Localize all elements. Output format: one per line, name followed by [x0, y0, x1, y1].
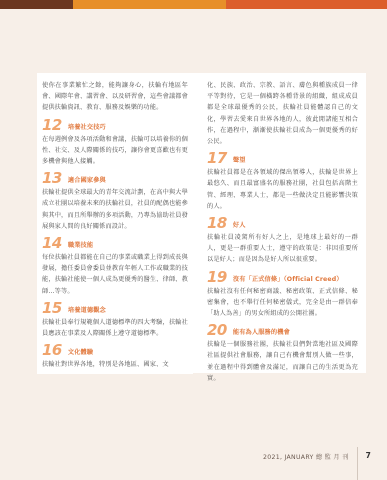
- section-body: 扶輪社沒有任何秘密商議、秘密政策、正式信條、秘密集會，也不舉行任何秘密儀式，完全…: [207, 286, 358, 320]
- color-segment-brown: [0, 0, 73, 9]
- section-number: 19: [207, 270, 227, 285]
- section-title: 職業技能: [68, 241, 93, 251]
- section-number: 14: [42, 236, 62, 251]
- section-body: 扶輪是一個服務社團，扶輪社員們對當地社區及國際社區提供社會服務，讓自己有機會幫別…: [207, 339, 358, 384]
- section-body: 扶輪社對世界各地，特別是各地區、國家、文: [42, 359, 188, 370]
- section-body: 在每週例會及各項活動和會議，扶輪可以培養你的個性、社交、及人際關係的技巧，讓你會…: [42, 134, 188, 168]
- section-body: 扶輪社員都是在各領域的傑出領導人，扶輪是世界上最悠久、而且最富盛名的服務社團，社…: [207, 167, 358, 212]
- issue-label: 2021, JANUARY 總 監 月 刊: [263, 452, 349, 461]
- section-heading-19: 19 沒有「正式信條」（Official Creed）: [207, 268, 358, 285]
- color-segment-red-orange: [226, 0, 387, 9]
- footer-divider: [357, 447, 358, 480]
- color-segment-orange: [73, 0, 226, 9]
- section-title: 適合國家參與: [68, 176, 106, 186]
- section-body: 扶輪社提供全球最大的青年交流計劃，在高中與大學成立社團以培養未來的扶輪社員，社員…: [42, 187, 188, 232]
- section-body: 每位扶輪社員都能在自己的事業或職業上得到成長與發展，擔任委員會委員並教育年輕人工…: [42, 252, 188, 297]
- section-number: 17: [207, 151, 227, 166]
- page-number: 7: [366, 451, 371, 460]
- section-number: 18: [207, 216, 227, 231]
- section-heading-13: 13 適合國家參與: [42, 169, 188, 186]
- section-heading-12: 12 培養社交技巧: [42, 116, 188, 133]
- section-body: 扶輪社員奉行規範個人道德標準的四大考驗，扶輪社員應該在事業及人際關係上遵守道德標…: [42, 317, 188, 339]
- page-footer: 2021, JANUARY 總 監 月 刊 7: [263, 447, 371, 480]
- top-color-bar: [0, 0, 387, 9]
- section-title: 沒有「正式信條」（Official Creed）: [233, 275, 343, 285]
- section-number: 15: [42, 301, 62, 316]
- intro-paragraph: 使你在事業繁忙之餘，能夠讓身心，扶輪有地區年會、國際年會、講習會、以及研習會，這…: [42, 80, 188, 114]
- section-title: 聲望: [233, 156, 246, 166]
- right-column: 化、民族、政治、宗教、語言、膚色與種族成員一律平等對待，它是一個橫跨各種背景的組…: [207, 80, 358, 384]
- section-body: 扶輪社員凌駕所有好人之上，是地球上最好的一群人，更是一群重要人士，遵守的政策是：…: [207, 232, 358, 266]
- section-number: 12: [42, 118, 62, 133]
- section-number: 20: [207, 323, 227, 338]
- section-heading-15: 15 培養道德觀念: [42, 299, 188, 316]
- left-column: 使你在事業繁忙之餘，能夠讓身心，扶輪有地區年會、國際年會、講習會、以及研習會，這…: [42, 80, 188, 370]
- section-heading-18: 18 好人: [207, 214, 358, 231]
- section-title: 培養道德觀念: [68, 306, 106, 316]
- section-number: 13: [42, 171, 62, 186]
- section-heading-17: 17 聲望: [207, 149, 358, 166]
- section-title: 能有為人服務的機會: [233, 328, 290, 338]
- section-heading-14: 14 職業技能: [42, 234, 188, 251]
- section-number: 16: [42, 343, 62, 358]
- section-heading-16: 16 文化體驗: [42, 341, 188, 358]
- section-title: 培養社交技巧: [68, 123, 106, 133]
- section-title: 好人: [233, 221, 246, 231]
- section-title: 文化體驗: [68, 348, 93, 358]
- section-heading-20: 20 能有為人服務的機會: [207, 321, 358, 338]
- intro-paragraph: 化、民族、政治、宗教、語言、膚色與種族成員一律平等對待，它是一個橫跨各種背景的組…: [207, 80, 358, 147]
